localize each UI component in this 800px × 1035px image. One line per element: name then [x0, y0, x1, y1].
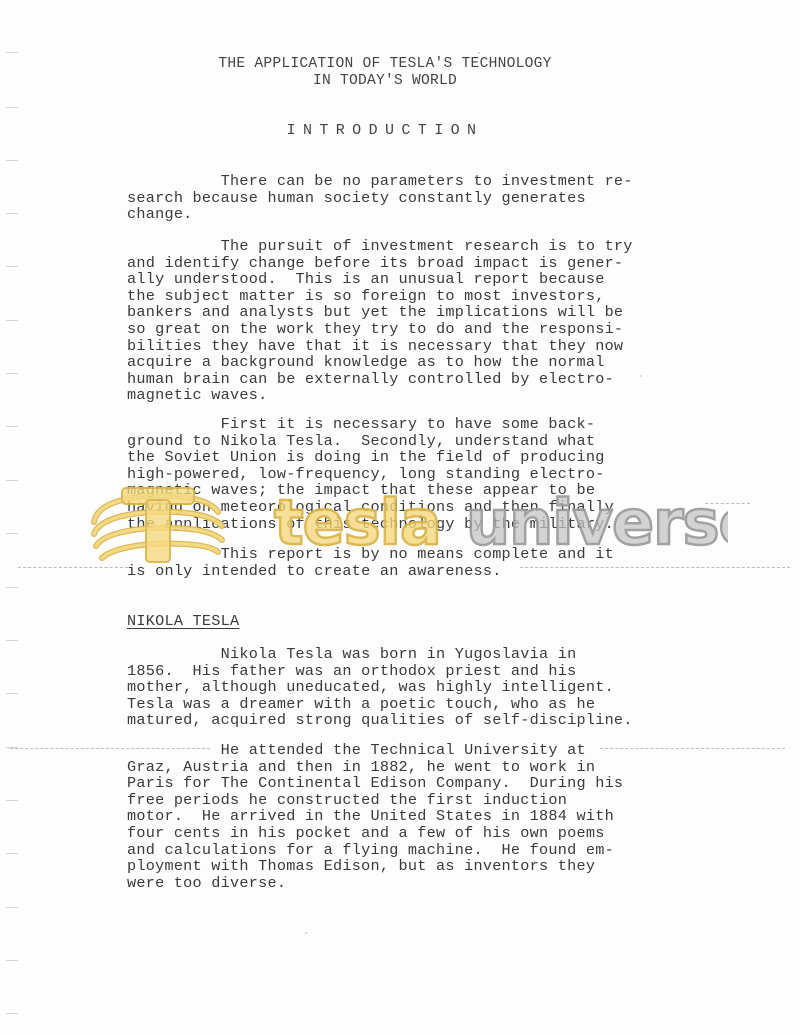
paragraph: First it is necessary to have some back-… — [127, 416, 667, 532]
scan-artifact-line — [18, 567, 128, 568]
paragraph: Nikola Tesla was born in Yugoslavia in 1… — [127, 646, 667, 729]
paragraph: This report is by no means complete and … — [127, 546, 667, 579]
paragraph: The pursuit of investment research is to… — [127, 238, 667, 404]
section-heading-nikola-tesla: NIKOLA TESLA — [127, 612, 239, 630]
paragraph: He attended the Technical University at … — [127, 742, 667, 891]
scanned-page: THE APPLICATION OF TESLA'S TECHNOLOGY IN… — [0, 0, 800, 1035]
paragraph: There can be no parameters to investment… — [127, 173, 667, 223]
document-title-line-2: IN TODAY'S WORLD — [0, 73, 770, 89]
document-title-line-1: THE APPLICATION OF TESLA'S TECHNOLOGY — [0, 56, 770, 72]
scan-artifact-line — [705, 503, 750, 504]
section-heading-introduction: INTRODUCTION — [0, 122, 770, 139]
